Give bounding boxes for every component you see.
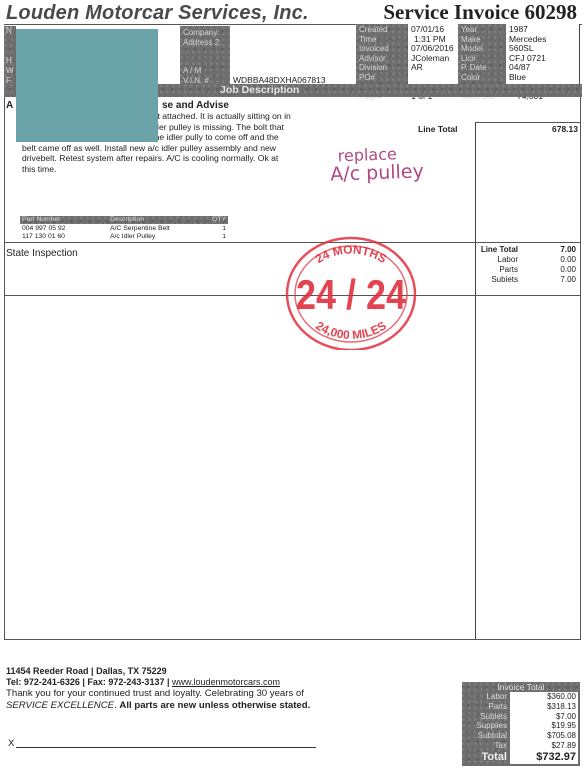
field-label: Company:	[183, 28, 227, 38]
customer-label	[4, 36, 16, 46]
total-value-parts: $318.13	[510, 702, 578, 712]
part-qty: 1	[222, 233, 226, 241]
warranty-stamp-icon: 24 MONTHS 24 / 24 24,000 MILES	[280, 232, 422, 350]
col-description: Description	[110, 216, 144, 224]
job-2-labor-label: Labor	[440, 255, 518, 265]
job-2-sublets-value: 7.00	[528, 275, 576, 285]
part-number: 004 997 05 92	[22, 225, 65, 233]
total-value-tax: $27.89	[510, 741, 578, 751]
stamp-top-text: 24 MONTHS	[313, 242, 389, 266]
job-1-line-total-value: 678.13	[530, 124, 578, 134]
total-value-subtotal: $705.08	[510, 731, 578, 741]
total-label-tax: Tax	[462, 741, 510, 751]
shop-address: 11454 Reeder Road | Dallas, TX 75229	[6, 666, 167, 676]
field-label: P. Date	[461, 63, 503, 73]
division-value: AR	[411, 63, 455, 73]
col-qty: QTY	[212, 216, 226, 224]
parts-disclaimer: All parts are new unless otherwise state…	[119, 700, 310, 711]
invoice-title: Service Invoice 60298	[383, 0, 577, 25]
field-label: Advisor	[359, 54, 405, 64]
field-label: Created	[359, 25, 405, 35]
tel-fax: Tel: 972-241-6326 | Fax: 972-243-3137 |	[6, 677, 172, 687]
total-label-sublets: Sublets	[462, 712, 510, 722]
order-info-values: 07/01/16 1:31 PM 07/06/2016 JColeman AR …	[408, 24, 458, 92]
total-label-grand: Total	[462, 751, 510, 764]
job-description-title: Job Description	[220, 84, 299, 97]
customer-value-area	[158, 26, 180, 90]
total-label-parts: Parts	[462, 702, 510, 712]
customer-label: W	[4, 66, 16, 76]
job-2-parts-label: Parts	[440, 265, 518, 275]
vehicle-detail-values: 1987 Mercedes 560SL CFJ 0721 04/87 Blue …	[506, 24, 580, 92]
line-total-rule	[475, 122, 581, 123]
website-link[interactable]: www.loudenmotorcars.com	[172, 677, 280, 687]
field-label: Lic#	[461, 54, 503, 64]
signature-line[interactable]	[16, 747, 316, 748]
vehicle-detail-labels: Year Make Model Lic# P. Date Color Miles…	[458, 24, 506, 92]
svg-text:24,000 MILES: 24,000 MILES	[313, 318, 389, 342]
order-info-labels: Created Time Invoiced Advisor Division P…	[356, 24, 408, 92]
field-label: Invoiced	[359, 44, 405, 54]
job-2-sublets-label: Subiets	[440, 275, 518, 285]
total-label-labor: Labor	[462, 692, 510, 702]
job-1-heading-start: A	[6, 100, 13, 111]
invoice-total-labels: Labor Parts Sublets Supplies Subtotal Ta…	[462, 692, 510, 764]
handwritten-line: A/c pulley	[330, 162, 424, 184]
field-label: Model	[461, 44, 503, 54]
field-label: Time	[359, 35, 405, 45]
stamp-bottom-text: 24,000 MILES	[313, 318, 389, 342]
shop-contact: Tel: 972-241-6326 | Fax: 972-243-3137 | …	[6, 677, 280, 687]
part-description: A/C Serpentine Belt	[110, 225, 170, 233]
vehicle-info-values: WDBBA48DXHA067813 06/15	[230, 26, 356, 90]
field-label: Make	[461, 35, 503, 45]
col-part-number: Part Number	[22, 216, 61, 224]
column-divider	[475, 122, 476, 244]
svg-text:24 MONTHS: 24 MONTHS	[313, 242, 389, 266]
invoice-total-title: Invoice Total	[462, 682, 580, 692]
thank-you-note: Thank you for your continued trust and l…	[6, 688, 326, 711]
redaction-sticker	[16, 29, 158, 142]
total-value-supplies: $19.95	[510, 721, 578, 731]
part-number: 117 130 01 60	[22, 233, 65, 241]
job-2-line-total-value: 7.00	[528, 245, 576, 255]
total-value-labor: $360.00	[510, 692, 578, 702]
field-label: Color	[461, 73, 503, 83]
handwritten-note: replace A/c pulley	[329, 143, 424, 184]
total-label-supplies: Supplies	[462, 721, 510, 731]
customer-label-strip: N H W F	[4, 26, 16, 90]
field-label: Address 2:	[183, 38, 227, 48]
company-name: Louden Motorcar Services, Inc.	[6, 2, 309, 25]
job-2-parts-value: 0.00	[528, 265, 576, 275]
part-description: A/c Idler Pulley	[110, 233, 155, 241]
parts-table-header: Part Number Description QTY	[20, 216, 228, 224]
stamp-center-text: 24 / 24	[296, 273, 406, 319]
job-2-labor-value: 0.00	[528, 255, 576, 265]
invoice-total-values: $360.00 $318.13 $7.00 $19.95 $705.08 $27…	[510, 692, 578, 764]
field-label: A / M	[183, 66, 227, 76]
job-1-line-total-label: Line Total	[418, 124, 458, 134]
vehicle-info-labels: Company: Address 2: A / M V.I.N. # SI Da…	[180, 26, 230, 90]
total-value-grand: $732.97	[510, 751, 578, 764]
job-2-line-total-label: Line Total	[440, 245, 518, 255]
total-label-subtotal: Subtotal	[462, 731, 510, 741]
customer-label	[4, 46, 16, 56]
field-label: Division	[359, 63, 405, 73]
job-1-heading-end: se and Advise	[162, 100, 229, 111]
thanks-italic: SERVICE EXCELLENCE	[6, 700, 114, 711]
thanks-text: Thank you for your continued trust and l…	[6, 688, 304, 699]
customer-label: H	[4, 56, 16, 66]
field-label: PO#	[359, 73, 405, 83]
part-qty: 1	[222, 225, 226, 233]
field-label: Year	[461, 25, 503, 35]
job-2-title: State Inspection	[6, 248, 78, 259]
total-value-sublets: $7.00	[510, 712, 578, 722]
customer-label: N	[4, 26, 16, 36]
